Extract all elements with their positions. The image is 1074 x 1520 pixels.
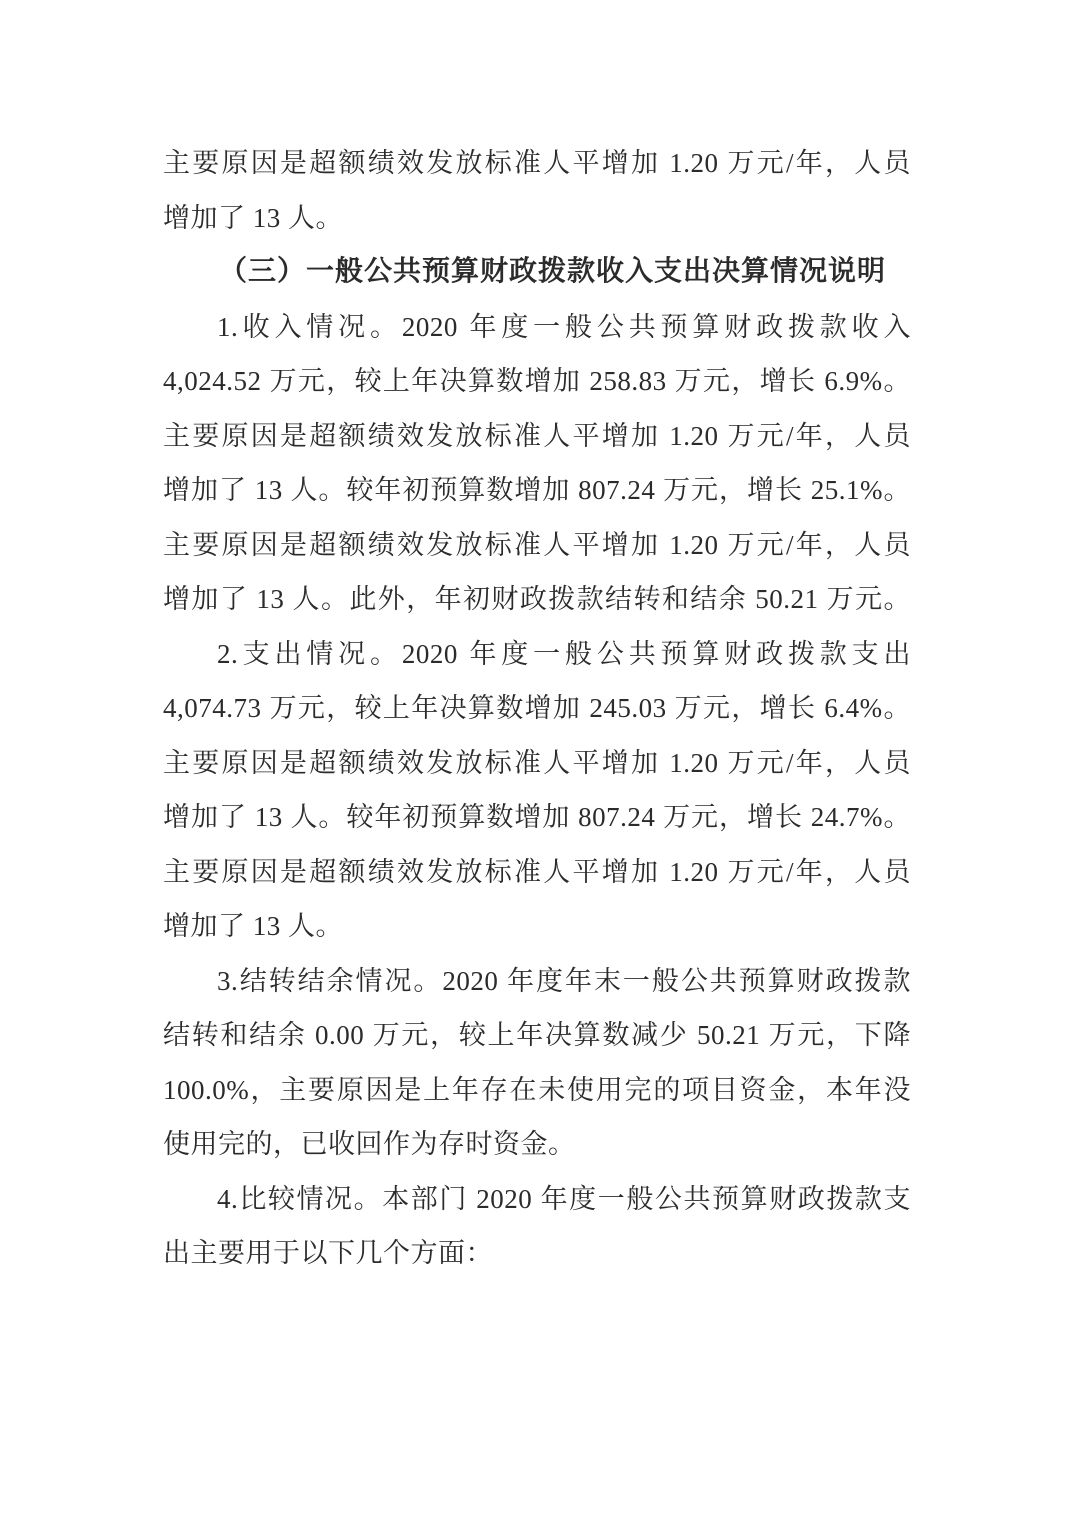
text-line: 增加了 13 人。较年初预算数增加 807.24 万元，增长 24.7%。 (163, 790, 911, 845)
text-line: 结转和结余 0.00 万元，较上年决算数减少 50.21 万元，下降 (163, 1008, 911, 1063)
text-line: 主要原因是超额绩效发放标准人平增加 1.20 万元/年，人员 (163, 518, 911, 573)
text-line: 4,024.52 万元，较上年决算数增加 258.83 万元，增长 6.9%。 (163, 354, 911, 409)
text-line: 主要原因是超额绩效发放标准人平增加 1.20 万元/年，人员 (163, 409, 911, 464)
text-line: 主要原因是超额绩效发放标准人平增加 1.20 万元/年，人员 (163, 845, 911, 900)
text-line: 增加了 13 人。此外，年初财政拨款结转和结余 50.21 万元。 (163, 572, 911, 627)
section-heading: （三）一般公共预算财政拨款收入支出决算情况说明 (163, 245, 911, 300)
document-page: 主要原因是超额绩效发放标准人平增加 1.20 万元/年，人员 增加了 13 人。… (0, 0, 1074, 1520)
text-line: 主要原因是超额绩效发放标准人平增加 1.20 万元/年，人员 (163, 736, 911, 791)
text-line: 出主要用于以下几个方面： (163, 1226, 911, 1281)
text-line: 使用完的，已收回作为存时资金。 (163, 1117, 911, 1172)
text-line: 3.结转结余情况。2020 年度年末一般公共预算财政拨款 (163, 954, 911, 1009)
text-line: 4,074.73 万元，较上年决算数增加 245.03 万元，增长 6.4%。 (163, 681, 911, 736)
text-line: 4.比较情况。本部门 2020 年度一般公共预算财政拨款支 (163, 1172, 911, 1227)
document-body: 主要原因是超额绩效发放标准人平增加 1.20 万元/年，人员 增加了 13 人。… (163, 136, 911, 1281)
text-line: 1.收入情况。2020 年度一般公共预算财政拨款收入 (163, 300, 911, 355)
text-line: 增加了 13 人。 (163, 899, 911, 954)
text-line: 100.0%，主要原因是上年存在未使用完的项目资金，本年没 (163, 1063, 911, 1118)
text-line: 主要原因是超额绩效发放标准人平增加 1.20 万元/年，人员 (163, 136, 911, 191)
text-line: 2.支出情况。2020 年度一般公共预算财政拨款支出 (163, 627, 911, 682)
text-line: 增加了 13 人。 (163, 191, 911, 246)
text-line: 增加了 13 人。较年初预算数增加 807.24 万元，增长 25.1%。 (163, 463, 911, 518)
